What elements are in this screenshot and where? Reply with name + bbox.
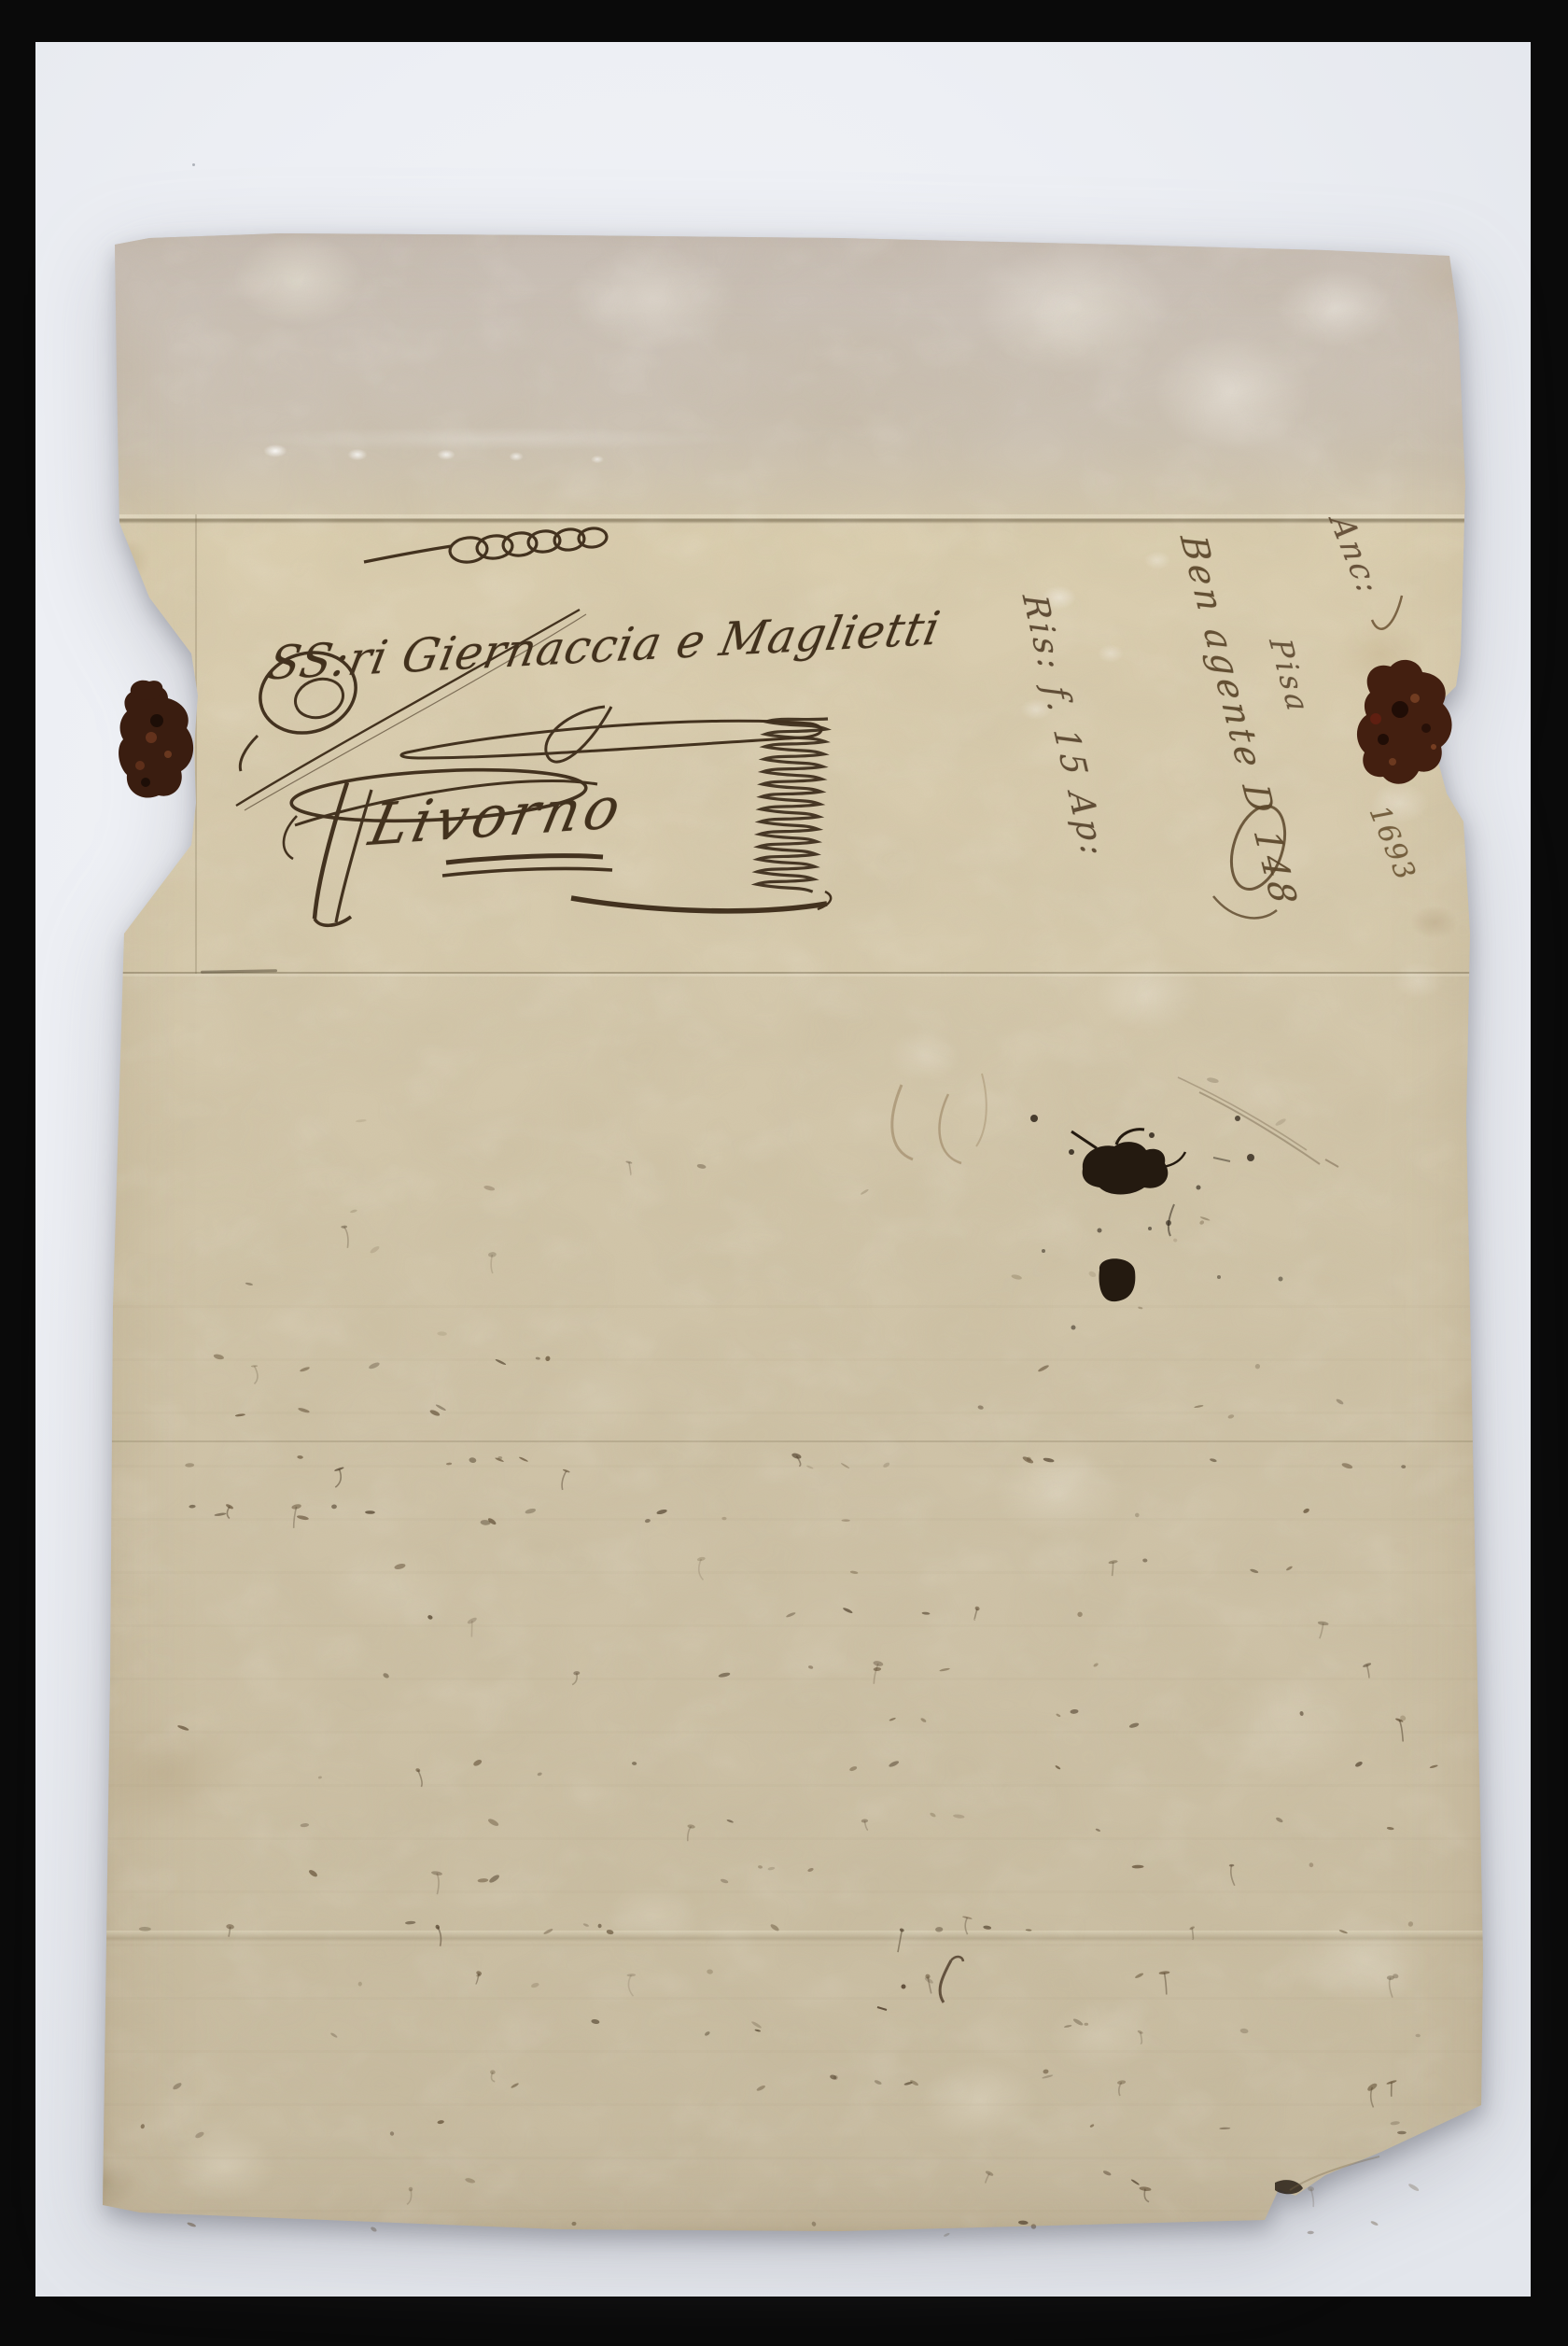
letter-paper-wrapper xyxy=(98,232,1489,2234)
background-dust-speck xyxy=(192,163,195,166)
paper-grain-texture xyxy=(98,232,1489,2234)
letter-paper xyxy=(98,232,1489,2234)
photo-frame: { "palette": { "frame": "#0a0a0a", "back… xyxy=(0,0,1568,2346)
